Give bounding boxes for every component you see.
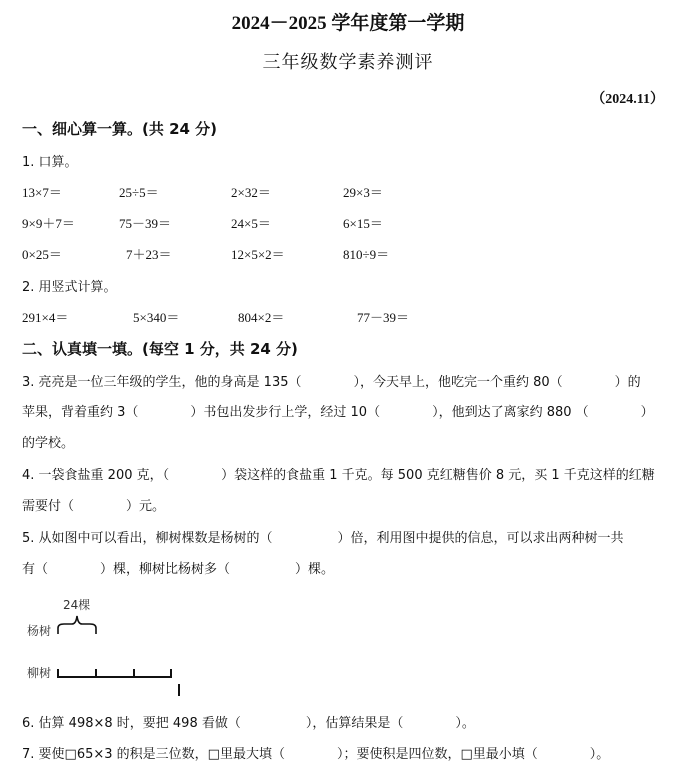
calc-item: 6×15＝ — [343, 213, 383, 232]
exam-date: （2024.11） — [591, 88, 664, 108]
q4-line-2: 需要付（ ）元。 — [22, 495, 165, 514]
calc-item: 13×7＝ — [22, 182, 62, 201]
q1-label: 1. 口算。 — [22, 151, 78, 170]
section1-heading: 一、细心算一算。(共 24 分) — [22, 118, 217, 139]
exam-subtitle: 三年级数学素养测评 — [0, 48, 696, 74]
calc-item: 291×4＝ — [22, 307, 68, 326]
brace-icon — [56, 614, 98, 636]
q3-line-1: 3. 亮亮是一位三年级的学生，他的身高是 135（ ），今天早上，他吃完一个重约… — [22, 371, 641, 390]
calc-item: 9×9＋7＝ — [22, 213, 75, 232]
q6-line-1: 6. 估算 498×8 时，要把 498 看做（ ），估算结果是（ ）。 — [22, 712, 475, 731]
willow-label: 柳树 — [27, 664, 51, 681]
calc-item: 7＋23＝ — [126, 244, 172, 263]
q3-line-3: 的学校。 — [22, 432, 74, 451]
calc-item: 25÷5＝ — [119, 182, 159, 201]
q3-line-2: 苹果，背着重约 3（ ）书包出发步行上学，经过 10（ ），他到达了离家约 88… — [22, 401, 654, 420]
section2-heading: 二、认真填一填。(每空 1 分，共 24 分) — [22, 338, 298, 359]
q2-label: 2. 用竖式计算。 — [22, 276, 117, 295]
cursor-mark — [178, 684, 180, 696]
brace-label: 24棵 — [63, 596, 90, 613]
calc-item: 77－39＝ — [357, 307, 409, 326]
calc-item: 804×2＝ — [238, 307, 284, 326]
calc-item: 75－39＝ — [119, 213, 171, 232]
q5-line-2: 有（ ）棵，柳树比杨树多（ ）棵。 — [22, 558, 334, 577]
calc-item: 24×5＝ — [231, 213, 271, 232]
q5-line-1: 5. 从如图中可以看出，柳树棵数是杨树的（ ）倍，利用图中提供的信息，可以求出两… — [22, 527, 624, 546]
calc-item: 2×32＝ — [231, 182, 271, 201]
calc-item: 5×340＝ — [133, 307, 179, 326]
calc-item: 810÷9＝ — [343, 244, 389, 263]
q7-line-1: 7. 要使□65×3 的积是三位数，□里最大填（ ）；要使积是四位数，□里最小填… — [22, 743, 609, 762]
calc-item: 0×25＝ — [22, 244, 62, 263]
calc-item: 12×5×2＝ — [231, 244, 285, 263]
q4-line-1: 4. 一袋食盐重 200 克，（ ）袋这样的食盐重 1 千克。每 500 克红糖… — [22, 464, 655, 483]
calc-item: 29×3＝ — [343, 182, 383, 201]
exam-title: 2024－2025 学年度第一学期 — [0, 8, 696, 35]
poplar-label: 杨树 — [27, 622, 51, 639]
